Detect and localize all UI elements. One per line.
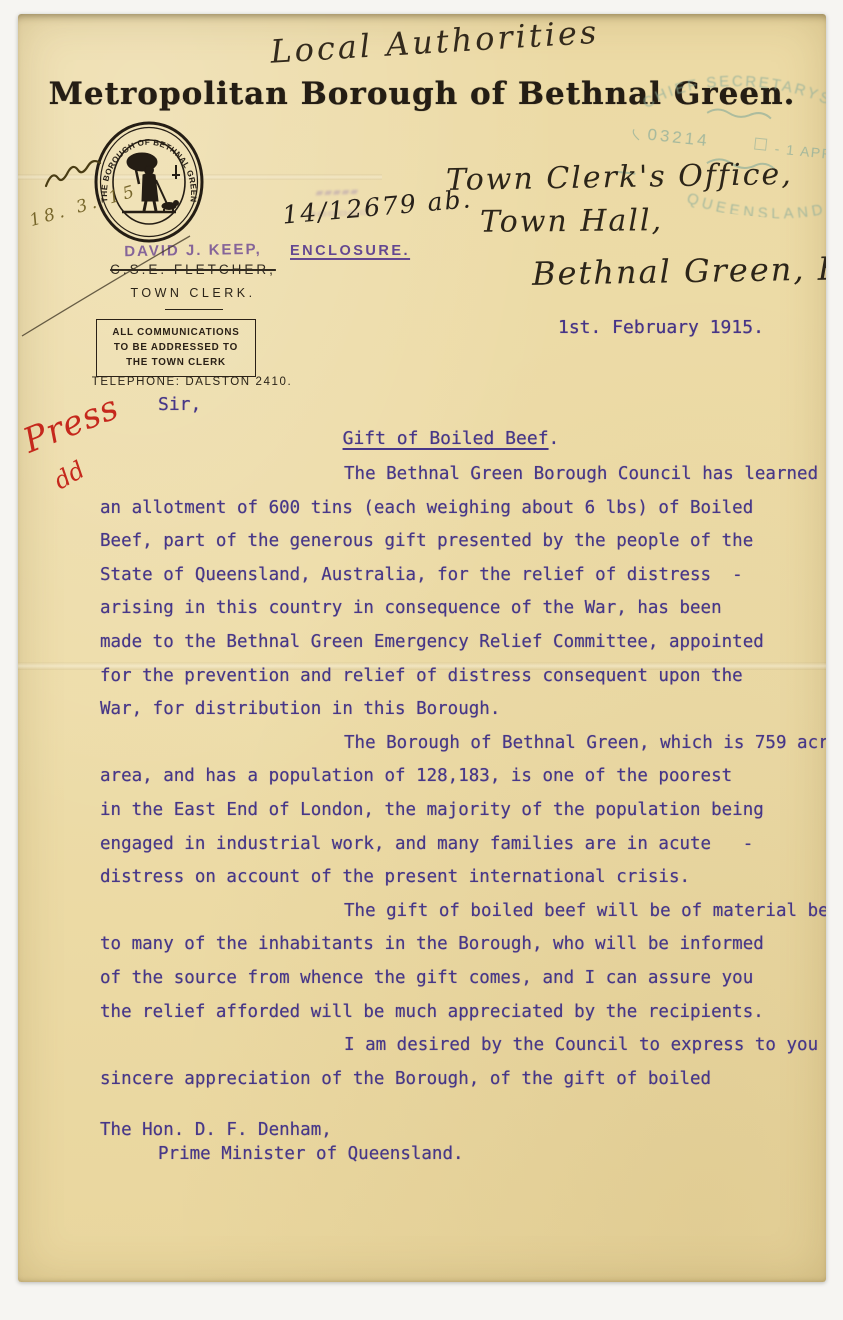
typed-line: for the prevention and relief of distres…	[100, 660, 812, 694]
typed-line: War, for distribution in this Borough.	[100, 693, 812, 727]
letter-body: The Bethnal Green Borough Council has le…	[100, 458, 812, 1096]
typed-line: I am desired by the Council to express t…	[100, 1029, 812, 1063]
typed-line: The Bethnal Green Borough Council has le…	[100, 458, 812, 492]
typed-line: The Borough of Bethnal Green, which is 7…	[100, 727, 812, 761]
scanned-letter-page: { "annotations": { "top_note": "Local Au…	[0, 0, 843, 1320]
pencil-diagonal-line	[18, 228, 196, 340]
letter-paper: Local Authorities Metropolitan Borough o…	[18, 14, 826, 1282]
typed-line: in the East End of London, the majority …	[100, 794, 812, 828]
typed-line: made to the Bethnal Green Emergency Reli…	[100, 626, 812, 660]
letterhead-place: Bethnal Green, E.	[532, 249, 826, 293]
typed-line: sincere appreciation of the Borough, of …	[100, 1063, 812, 1097]
typed-line: The gift of boiled beef will be of mater…	[100, 895, 812, 929]
typed-line: Beef, part of the generous gift presente…	[100, 525, 812, 559]
letterhead-hall: Town Hall,	[480, 203, 663, 240]
typed-line: an allotment of 600 tins (each weighing …	[100, 492, 812, 526]
addressee-title: Prime Minister of Queensland.	[100, 1142, 464, 1166]
typed-date: 1st. February 1915.	[558, 317, 764, 338]
salutation: Sir,	[158, 394, 201, 415]
typed-line: to many of the inhabitants in the Boroug…	[100, 928, 812, 962]
subject-period: .	[549, 428, 560, 449]
typed-line: arising in this country in consequence o…	[100, 592, 812, 626]
typed-line: State of Queensland, Australia, for the …	[100, 559, 812, 593]
letterhead-office: Town Clerk's Office,	[446, 157, 793, 198]
subject-text: Gift of Boiled Beef	[343, 428, 549, 449]
enclosure-stamp: ENCLOSURE.	[290, 243, 410, 259]
comms-line-2: TO BE ADDRESSED TO	[101, 340, 251, 355]
typed-line: of the source from whence the gift comes…	[100, 962, 812, 996]
telephone-line: TELEPHONE: DALSTON 2410.	[62, 376, 322, 388]
typed-line: distress on account of the present inter…	[100, 861, 812, 895]
typed-line: the relief afforded will be much appreci…	[100, 996, 812, 1030]
addressee-name: The Hon. D. F. Denham,	[100, 1118, 464, 1142]
svg-text:CHIEF SECRETARYS OF: CHIEF SECRETARYS OF	[638, 62, 826, 135]
subject-heading: Gift of Boiled Beef.	[100, 428, 802, 449]
comms-line-3: THE TOWN CLERK	[101, 355, 251, 370]
queensland-received-stamp: CHIEF SECRETARYS OF 03214 - 1 APR 1915 Q…	[602, 41, 826, 230]
stamp-arc-top: CHIEF SECRETARYS OF	[638, 62, 826, 135]
addressee-block: The Hon. D. F. Denham, Prime Minister of…	[100, 1118, 464, 1166]
typed-line: engaged in industrial work, and many fam…	[100, 828, 812, 862]
typed-line: area, and has a population of 128,183, i…	[100, 760, 812, 794]
stamp-number: 03214	[647, 125, 711, 150]
